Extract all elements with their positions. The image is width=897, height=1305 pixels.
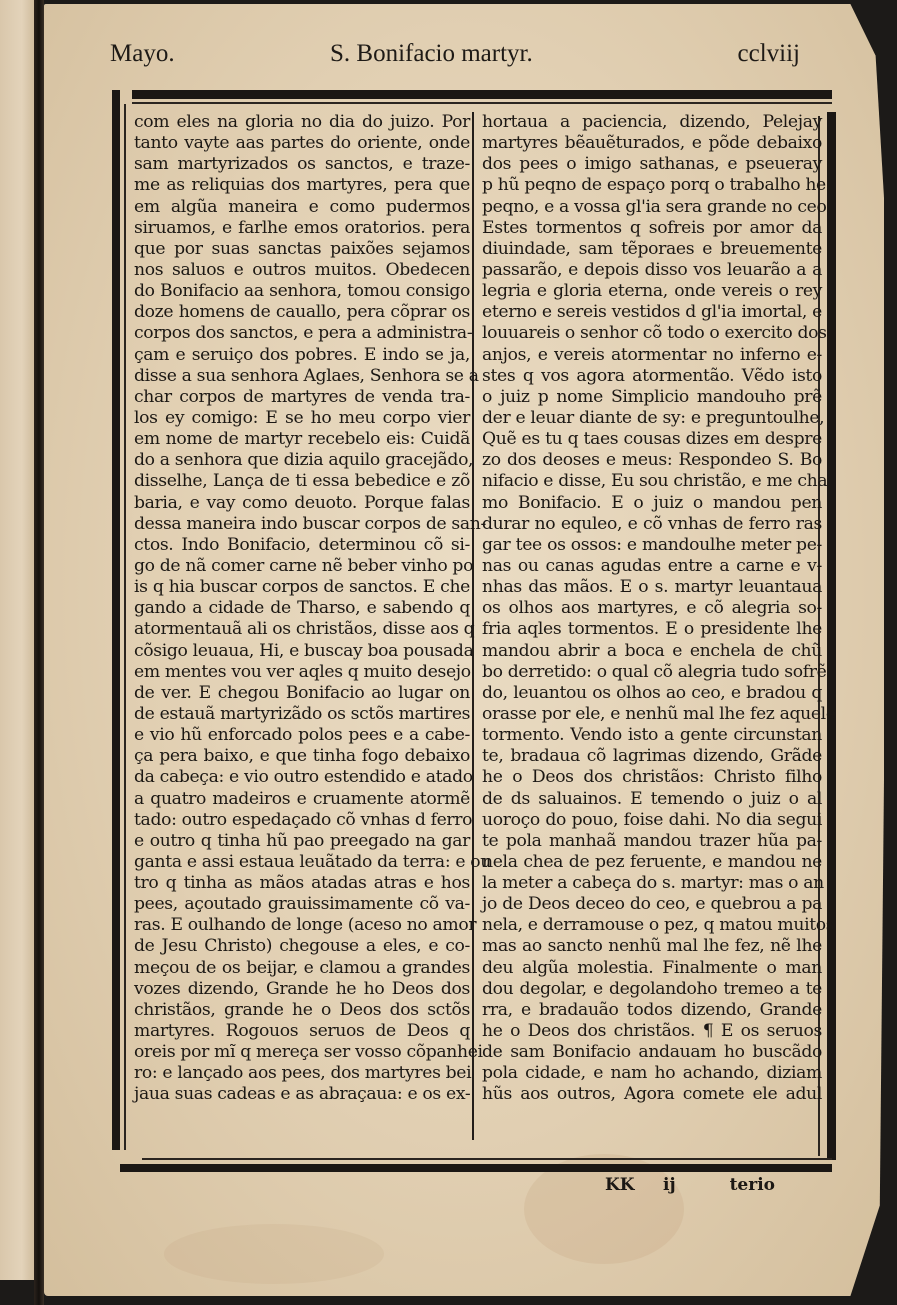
text-line: da cabeça: e vio outro estendido e atado (134, 767, 470, 788)
catchword: terio (730, 1175, 775, 1195)
text-line: diuindade, sam tẽporaes e breuemente (482, 239, 822, 260)
text-line: de sam Bonifacio andauam ho buscãdo (482, 1042, 822, 1063)
text-line: corpos dos sanctos, e pera a administra- (134, 323, 470, 344)
left-border-thin-rule (124, 104, 126, 1150)
text-line: me as reliquias dos martyres, pera que (134, 175, 470, 196)
text-line: he o Deos dos christãos. ¶ E os seruos (482, 1021, 822, 1042)
text-line: ganta e assi estaua leuãtado da terra: e… (134, 852, 470, 873)
text-line: de estauã martyrizãdo os sctõs martires (134, 704, 470, 725)
text-line: tormento. Vendo isto a gente circunstan (482, 725, 822, 746)
text-line: os olhos aos martyres, e cõ alegria so- (482, 598, 822, 619)
text-line: pees, açoutado grauissimamente cõ va- (134, 894, 470, 915)
text-line: em algũa maneira e como pudermos (134, 197, 470, 218)
text-line: stes q vos agora atormentão. Vẽdo isto (482, 366, 822, 387)
text-line: hũs aos outros, Agora comete ele adul (482, 1084, 822, 1105)
signature-line: KK ij terio (605, 1175, 775, 1199)
text-line: que por suas sanctas paixões sejamos (134, 239, 470, 260)
text-line: oreis por mĩ q mereça ser vosso cõpanhei (134, 1042, 470, 1063)
text-line: doze homens de cauallo, pera cõprar os (134, 302, 470, 323)
text-line: nos saluos e outros muitos. Obedecen (134, 260, 470, 281)
text-line: nhas das mãos. E o s. martyr leuantaua (482, 577, 822, 598)
text-line: p hũ peqno de espaço porq o trabalho he (482, 175, 822, 196)
text-line: te pola manhaã mandou trazer hũa pa- (482, 831, 822, 852)
text-line: em mentes vou ver aqles q muito desejo (134, 662, 470, 683)
text-line: legria e gloria eterna, onde vereis o re… (482, 281, 822, 302)
text-line: sam martyrizados os sanctos, e traze- (134, 154, 470, 175)
text-line: mas ao sancto nenhũ mal lhe fez, nẽ lhe (482, 936, 822, 957)
text-line: rra, e bradauão todos dizendo, Grande (482, 1000, 822, 1021)
text-line: pola cidade, e nam ho achando, diziam (482, 1063, 822, 1084)
text-line: ctos. Indo Bonifacio, determinou cõ si- (134, 535, 470, 556)
text-line: fria aqles tormentos. E o presidente lhe (482, 619, 822, 640)
text-line: nela chea de pez feruente, e mandou ne (482, 852, 822, 873)
running-head-title: S. Bonifacio martyr. (330, 40, 533, 68)
facing-page-edge (0, 0, 36, 1280)
text-line: der e leuar diante de sy: e preguntoulhe… (482, 408, 822, 429)
bottom-border-thin-rule (142, 1158, 832, 1160)
text-block-frame: com eles na gloria no dia do juizo. Port… (112, 90, 832, 1150)
text-line: ro: e lançado aos pees, dos martyres bei (134, 1063, 470, 1084)
text-line: peqno, e a vossa gl'ia sera grande no ce… (482, 197, 822, 218)
signature-mark: KK (605, 1175, 635, 1195)
text-line: bo derretido: o qual cõ alegria tudo sof… (482, 662, 822, 683)
text-line: çam e seruiço dos pobres. E indo se ja, (134, 345, 470, 366)
text-line: deu algũa molestia. Finalmente o man (482, 958, 822, 979)
text-line: orasse por ele, e nenhũ mal lhe fez aque… (482, 704, 822, 725)
folio-number: cclviij (738, 40, 800, 68)
text-line: em nome de martyr recebelo eis: Cuidã (134, 429, 470, 450)
text-line: cõsigo leuaua, Hi, e buscay boa pousada (134, 641, 470, 662)
text-line: Estes tormentos q sofreis por amor da (482, 218, 822, 239)
text-line: a quatro madeiros e cruamente atormẽ (134, 789, 470, 810)
text-line: gando a cidade de Tharso, e sabendo q (134, 598, 470, 619)
text-line: jo de Deos deceo do ceo, e quebrou a pa (482, 894, 822, 915)
text-line: durar no equleo, e cõ vnhas de ferro ras (482, 514, 822, 535)
text-line: los ey comigo: E se ho meu corpo vier (134, 408, 470, 429)
text-column-right: hortaua a paciencia, dizendo, Pelejaymar… (482, 112, 822, 1106)
text-line: baria, e vay como deuoto. Porque falas (134, 493, 470, 514)
text-line: e outro q tinha hũ pao preegado na gar (134, 831, 470, 852)
text-line: siruamos, e farlhe emos oratorios. pera (134, 218, 470, 239)
text-line: de ver. E chegou Bonifacio ao lugar on (134, 683, 470, 704)
text-line: meçou de os beijar, e clamou a grandes (134, 958, 470, 979)
text-line: tado: outro espedaçado cõ vnhas d ferro (134, 810, 470, 831)
text-line: o juiz p nome Simplicio mandouho prẽ (482, 387, 822, 408)
text-line: char corpos de martyres de venda tra- (134, 387, 470, 408)
text-line: mo Bonifacio. E o juiz o mandou pen (482, 493, 822, 514)
text-line: ça pera baixo, e que tinha fogo debaixo (134, 746, 470, 767)
text-line: louuareis o senhor cõ todo o exercito do… (482, 323, 822, 344)
text-line: do Bonifacio aa senhora, tomou consigo (134, 281, 470, 302)
text-line: tanto vayte aas partes do oriente, onde (134, 133, 470, 154)
text-line: jaua suas cadeas e as abraçaua: e os ex- (134, 1084, 470, 1105)
text-line: dessa maneira indo buscar corpos de san- (134, 514, 470, 535)
text-line: ras. E oulhando de longe (aceso no amor (134, 915, 470, 936)
text-line: de ds saluainos. E temendo o juiz o al (482, 789, 822, 810)
text-line: vozes dizendo, Grande he ho Deos dos (134, 979, 470, 1000)
signature-number: ij (663, 1175, 676, 1195)
text-line: dos pees o imigo sathanas, e pseueray (482, 154, 822, 175)
text-line: hortaua a paciencia, dizendo, Pelejay (482, 112, 822, 133)
running-head-month: Mayo. (110, 40, 175, 68)
text-line: Quẽ es tu q taes cousas dizes em despre (482, 429, 822, 450)
text-line: e vio hũ enforcado polos pees e a cabe- (134, 725, 470, 746)
text-line: de Jesu Christo) chegouse a eles, e co- (134, 936, 470, 957)
text-line: com eles na gloria no dia do juizo. Por (134, 112, 470, 133)
text-line: tro q tinha as mãos atadas atras e hos (134, 873, 470, 894)
left-border-bar (112, 90, 120, 1150)
text-line: eterno e sereis vestidos d gl'ia imortal… (482, 302, 822, 323)
text-line: do, leuantou os olhos ao ceo, e bradou q (482, 683, 822, 704)
text-line: zo dos deoses e meus: Respondeo S. Bo (482, 450, 822, 471)
bottom-border-rule (120, 1164, 832, 1172)
text-line: martyres bẽauẽturados, e põde debaixo (482, 133, 822, 154)
text-line: disse a sua senhora Aglaes, Senhora se a (134, 366, 470, 387)
running-head: Mayo. S. Bonifacio martyr. cclviij (110, 40, 800, 80)
text-line: nela, e derramouse o pez, q matou muitos (482, 915, 822, 936)
text-line: he o Deos dos christãos: Christo filho (482, 767, 822, 788)
text-line: atormentauã ali os christãos, disse aos … (134, 619, 470, 640)
text-line: te, bradaua cõ lagrimas dizendo, Grãde (482, 746, 822, 767)
text-line: la meter a cabeça do s. martyr: mas o an (482, 873, 822, 894)
top-border-thin-rule (132, 102, 832, 104)
top-border-rule (132, 90, 832, 99)
text-line: christãos, grande he o Deos dos sctõs (134, 1000, 470, 1021)
text-line: uoroço do pouo, foise dahi. No dia segui (482, 810, 822, 831)
text-line: is q hia buscar corpos de sanctos. E che (134, 577, 470, 598)
text-line: nifacio e disse, Eu sou christão, e me c… (482, 471, 822, 492)
text-line: disselhe, Lança de ti essa bebedice e zõ (134, 471, 470, 492)
text-line: mandou abrir a boca e enchela de chũ (482, 641, 822, 662)
text-line: passarão, e depois disso vos leuarão a a (482, 260, 822, 281)
text-column-left: com eles na gloria no dia do juizo. Port… (134, 112, 470, 1106)
text-line: anjos, e vereis atormentar no inferno e- (482, 345, 822, 366)
text-line: gar tee os ossos: e mandoulhe meter pe- (482, 535, 822, 556)
text-line: nas ou canas agudas entre a carne e v- (482, 556, 822, 577)
text-line: martyres. Rogouos seruos de Deos q (134, 1021, 470, 1042)
text-line: go de nã comer carne nẽ beber vinho po (134, 556, 470, 577)
text-line: do a senhora que dizia aquilo gracejãdo, (134, 450, 470, 471)
book-gutter (34, 0, 44, 1305)
right-border-bar (827, 112, 836, 1160)
text-line: dou degolar, e degolandoho tremeo a te (482, 979, 822, 1000)
